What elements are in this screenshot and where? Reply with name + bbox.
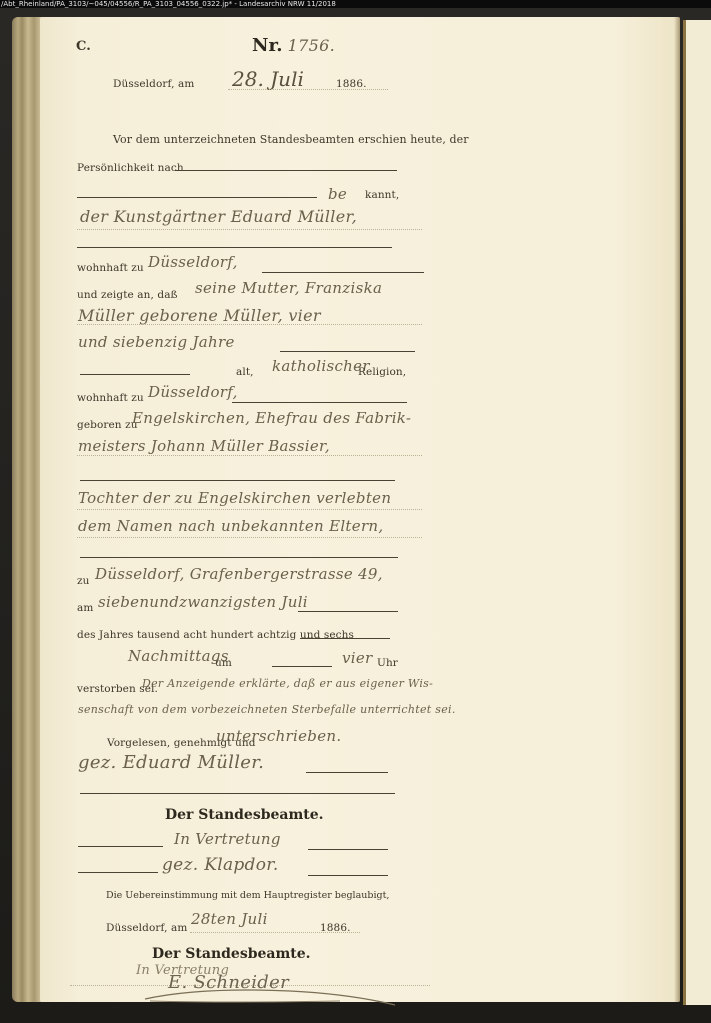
religion-label: Religion, — [358, 366, 406, 378]
signature-flourish — [140, 979, 400, 1009]
place-label: zu — [77, 575, 90, 587]
fill-line — [80, 793, 395, 794]
fill-line — [308, 849, 388, 850]
intro-line: Vor dem unterzeichneten Standesbeamten e… — [113, 133, 469, 146]
fill-line — [78, 872, 158, 873]
fill-line — [80, 480, 395, 481]
identity-hand: be — [328, 185, 347, 203]
deceased-line-3: und siebenzig Jahre — [78, 333, 235, 351]
death-day: siebenundzwanzigsten Juli — [98, 593, 308, 611]
fill-line — [306, 772, 388, 773]
born-line-1: Engelskirchen, Ehefrau des Fabrik- — [132, 409, 411, 427]
born-line-2: meisters Johann Müller Bassier, — [78, 437, 330, 455]
cert-official-title: Der Standesbeamte. — [152, 946, 311, 962]
dotted-rule — [77, 537, 422, 538]
death-place: Düsseldorf, Grafenbergerstrasse 49, — [95, 565, 383, 583]
fill-line — [80, 374, 190, 375]
window-title-bar: /Abt_Rheinland/PA_3103/~045/04556/R_PA_3… — [0, 0, 711, 8]
residence2-label: wohnhaft zu — [77, 392, 144, 404]
window-title: /Abt_Rheinland/PA_3103/~045/04556/R_PA_3… — [1, 0, 336, 8]
cert-date: 28ten Juli — [191, 910, 268, 928]
dotted-rule — [77, 229, 422, 230]
dotted-rule — [77, 509, 422, 510]
informant: der Kunstgärtner Eduard Müller, — [80, 207, 357, 226]
religion: katholischer — [272, 357, 370, 375]
gutter-shadow — [674, 17, 680, 1002]
record-number: Nr. 1756. — [252, 35, 335, 56]
year-text: des Jahres tausend acht hundert achtzig … — [77, 629, 354, 641]
number-value: 1756. — [288, 36, 335, 55]
header-date: 28. Juli — [232, 67, 304, 91]
parents-line-1: Tochter der zu Engelskirchen verlebten — [78, 489, 391, 507]
residence: Düsseldorf, — [148, 253, 238, 271]
official-signature: gez. Klapdor. — [162, 855, 279, 875]
parents-line-2: dem Namen nach unbekannten Eltern, — [78, 517, 383, 535]
fill-line — [262, 272, 424, 273]
number-label: Nr. — [252, 35, 283, 56]
day-label: am — [77, 602, 93, 614]
died-line-1: Der Anzeigende erklärte, daß er aus eige… — [142, 677, 433, 690]
facing-page — [683, 20, 711, 1005]
died-line-2: senschaft von dem vorbezeichneten Sterbe… — [78, 703, 456, 716]
hour-suffix: Uhr — [377, 657, 398, 669]
reported-label: und zeigte an, daß — [77, 289, 178, 301]
fill-line — [300, 638, 390, 639]
dotted-rule — [77, 455, 422, 456]
fill-line — [77, 247, 392, 248]
official-proxy: In Vertretung — [174, 830, 281, 848]
certification-text: Die Uebereinstimmung mit dem Hauptregist… — [106, 890, 389, 901]
deceased-line-1: seine Mutter, Franziska — [195, 279, 382, 297]
deceased-line-2: Müller geborene Müller, vier — [78, 306, 321, 325]
fill-line — [80, 557, 398, 558]
fill-line — [232, 402, 407, 403]
register-page: C. Nr. 1756. Düsseldorf, am 28. Juli 188… — [40, 17, 680, 1002]
identity-suffix: kannt, — [365, 189, 399, 201]
fill-line — [272, 666, 332, 667]
fill-line — [78, 846, 163, 847]
time-of-day: Nachmittags — [128, 647, 229, 665]
fill-line — [298, 611, 398, 612]
identity-label: Persönlichkeit nach — [77, 162, 184, 174]
hour: vier — [342, 649, 373, 667]
header-year: 1886. — [336, 78, 367, 90]
official-title: Der Standesbeamte. — [165, 807, 324, 823]
born-label: geboren zu — [77, 419, 138, 431]
age-suffix: alt, — [236, 366, 254, 378]
fill-line — [280, 351, 415, 352]
fill-line — [175, 170, 397, 171]
cert-year: 1886. — [320, 922, 351, 934]
header-place: Düsseldorf, am — [113, 78, 194, 90]
time-label: um — [215, 657, 232, 669]
fill-line — [77, 197, 317, 198]
series-letter: C. — [76, 39, 91, 54]
dotted-rule — [77, 324, 422, 325]
residence-label: wohnhaft zu — [77, 262, 144, 274]
fill-line — [308, 875, 388, 876]
cert-place: Düsseldorf, am — [106, 922, 187, 934]
informant-signature: gez. Eduard Müller. — [78, 752, 264, 773]
read-hand: unterschrieben. — [216, 727, 341, 745]
residence2: Düsseldorf, — [148, 383, 238, 401]
